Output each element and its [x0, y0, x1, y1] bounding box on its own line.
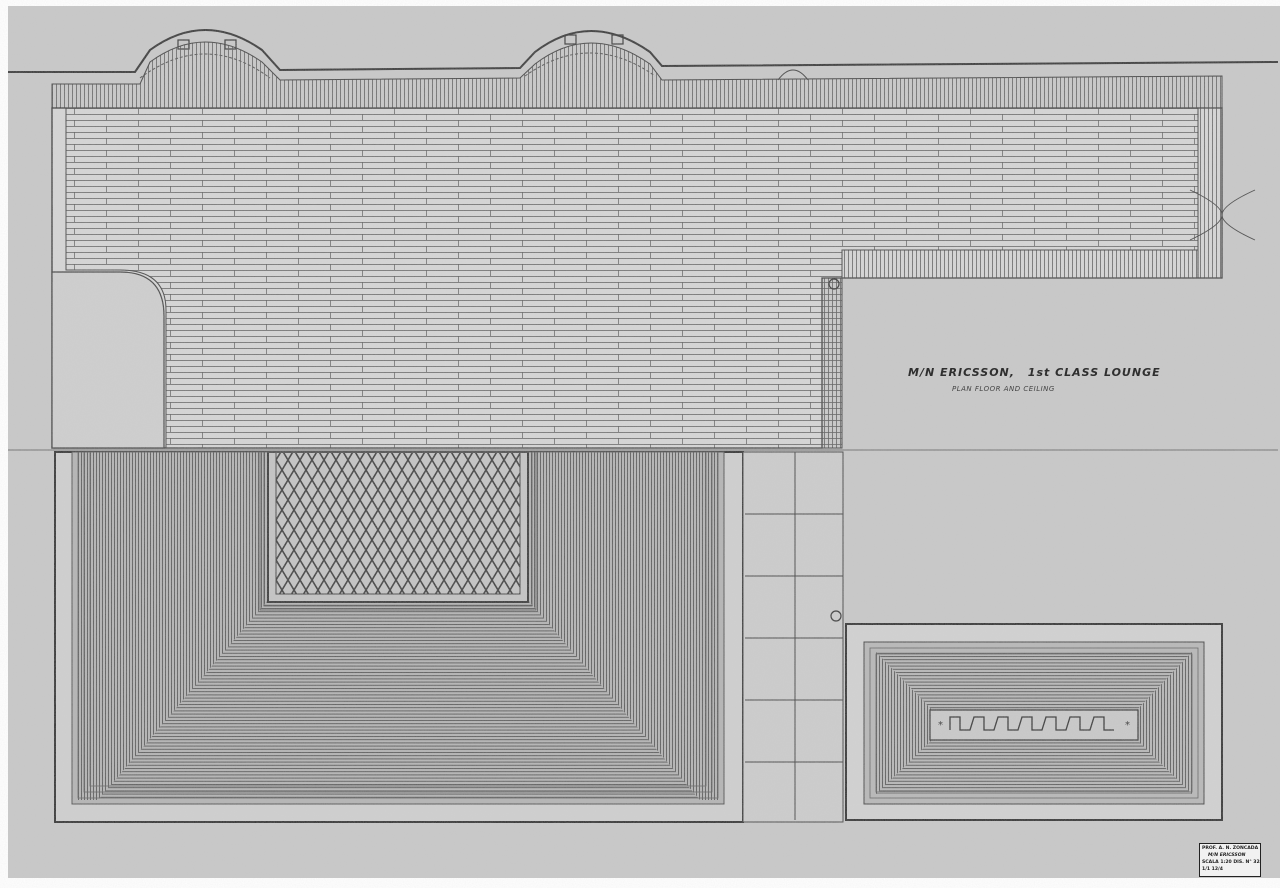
drawing-subtitle: PLAN FLOOR AND CEILING: [952, 385, 1055, 393]
border-band-right: [1198, 108, 1222, 278]
skylight-lattice: [276, 452, 520, 594]
stair-well: [52, 272, 164, 448]
title-block-author: PROF. A. N. ZONCADA: [1202, 845, 1258, 852]
vessel-name: M/N ERICSSON,: [908, 366, 1015, 379]
title-block-vessel: M/N ERICSSON: [1202, 852, 1258, 859]
ceiling-secondary: **: [846, 624, 1222, 820]
frieze-panel: [930, 710, 1138, 740]
ceiling-main: [55, 452, 743, 822]
star-ornament: *: [938, 720, 943, 731]
title-block-stamp: PROF. A. N. ZONCADA M/N ERICSSON SCALA 1…: [1199, 843, 1261, 877]
title-block-scale: SCALA 1:20 DIS. N° 324: [1202, 859, 1258, 866]
corridor-tiles: [743, 452, 843, 822]
room-name: 1st CLASS LOUNGE: [1028, 366, 1161, 379]
star-ornament: *: [1125, 720, 1130, 731]
title-block-sheet: 1/1 12/4: [1202, 866, 1258, 873]
border-band-inner: [822, 278, 842, 448]
border-band-step: [842, 250, 1198, 278]
corridor-floor: [743, 452, 843, 822]
drawing-sheet: ** M/N ERICSSON, 1st CLASS LOUNGE PLAN F…: [0, 0, 1280, 888]
drawing-title: M/N ERICSSON, 1st CLASS LOUNGE: [908, 366, 1148, 379]
